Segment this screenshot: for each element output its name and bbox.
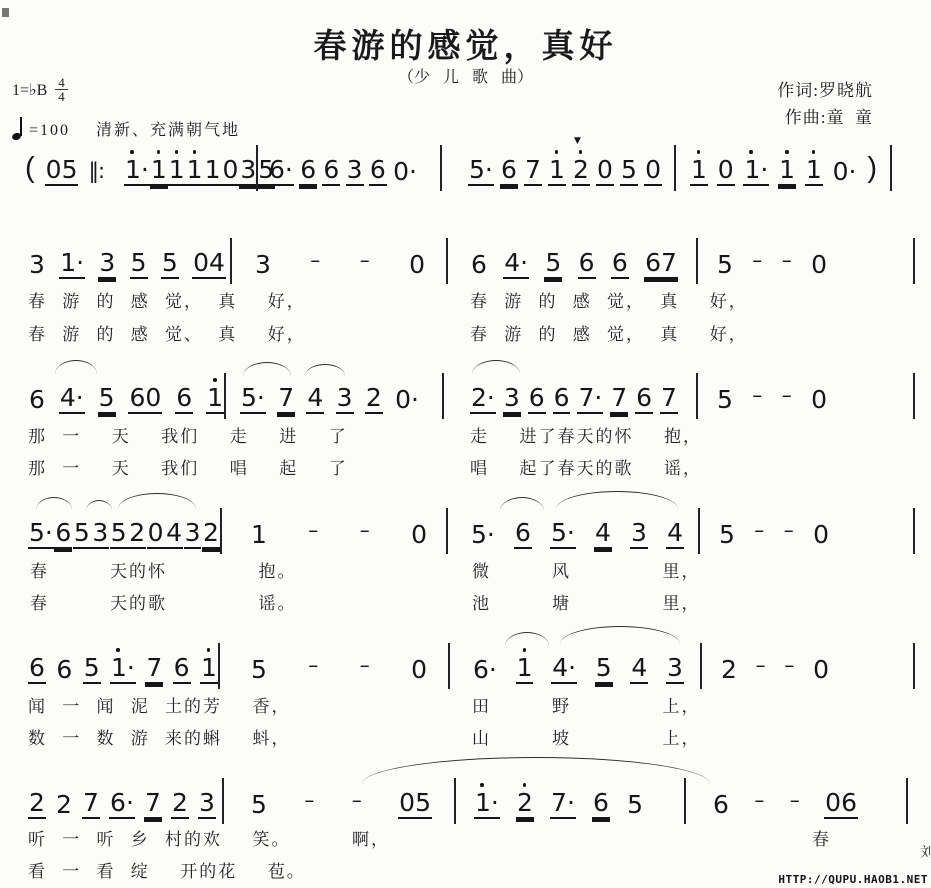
note-token: 5 [110, 519, 128, 549]
note-token: 1 [200, 654, 218, 684]
note-token: 5 [73, 519, 91, 549]
key-signature: 1=♭B 4 4 [12, 76, 68, 103]
note-token: 2 [28, 789, 46, 819]
slur [36, 497, 72, 510]
note-token: 0 [221, 156, 239, 186]
measure: 5––0 [250, 648, 428, 684]
lyric-line: 闻 一 闻 泥 土的芳 香， [28, 692, 291, 717]
slur [505, 632, 549, 646]
lyric-line: 池 塘 里， [472, 589, 701, 614]
note-token: 6 [712, 791, 730, 819]
note-token: 3 [630, 519, 648, 549]
note-token: 3 [184, 519, 202, 549]
note-token: 3 [98, 249, 116, 279]
note-token: 7· [577, 384, 603, 414]
note-token: 6· [472, 656, 498, 684]
scan-artifact [2, 8, 9, 17]
note-token: 1 [204, 156, 222, 186]
note-token: 0 [810, 251, 828, 279]
duration-dash: – [751, 249, 763, 279]
lyric-line: 微 风 里， [472, 557, 701, 582]
duration-dash: – [359, 519, 371, 549]
note-token: 6 [28, 386, 46, 414]
barline [224, 373, 226, 419]
note-token: 4 [630, 654, 648, 684]
note-token: 5· [468, 156, 494, 186]
note-token: 0 [596, 156, 614, 186]
lyric-line: 春 游 的 感 觉， 真 好， [28, 287, 306, 312]
note-token: 1 [805, 156, 823, 186]
note-token: 0 [717, 156, 735, 186]
note-token: 5 [130, 249, 148, 279]
expression-text: 清新、充满朝气地 [96, 117, 240, 140]
measure: 5––0 [716, 378, 828, 414]
barline [446, 238, 448, 284]
octave-dot [130, 150, 134, 154]
tempo-marking: =100 清新、充满朝气地 [12, 116, 240, 140]
note-token: 6 [173, 654, 191, 684]
note-token: 1 [168, 156, 186, 186]
note-token: 2▼ [572, 156, 590, 186]
slur [472, 360, 520, 374]
note-token: 0 [410, 521, 428, 549]
duration-dash: – [751, 384, 763, 414]
note-token: 67 [644, 249, 678, 279]
duration-dash: – [359, 249, 371, 279]
slur [55, 360, 97, 374]
note-token: 04 [192, 249, 226, 279]
note-token: 6 [578, 249, 596, 279]
note-token: 2· [470, 384, 496, 414]
tempo-value: =100 [29, 122, 70, 140]
lyric-line: 听 一 听 乡 村的欢 笑。 [28, 825, 291, 850]
note-token: 3 [254, 251, 272, 279]
lyricist-credit: 作词:罗晓航 [777, 76, 873, 101]
note-token: 3 [28, 251, 46, 279]
note-token: 1· [124, 156, 150, 186]
note-token: 4· [503, 249, 529, 279]
note-token: 1 [690, 156, 708, 186]
barline [442, 373, 444, 419]
note-token: 6 [514, 519, 532, 549]
barline [446, 508, 448, 554]
note-token: 5 [544, 249, 562, 279]
lyric-line: 看 一 看 绽 开的花 苞。 [28, 857, 306, 882]
key-text: 1=♭B [12, 80, 47, 100]
note-token: 0 [812, 656, 830, 684]
measure: 1·27·65 [474, 783, 644, 819]
note-token: 3 [666, 654, 684, 684]
barline [218, 643, 220, 689]
note-token: 4 [306, 384, 324, 414]
note-token: 2 [720, 656, 738, 684]
barline [696, 373, 698, 419]
note-token: 4· [551, 654, 577, 684]
note-token: 2 [365, 384, 383, 414]
note-token: 5 [250, 656, 268, 684]
measure: 64·56061 [28, 378, 224, 414]
slur [500, 497, 544, 511]
clipped-edge-character: 刘 [920, 842, 931, 862]
duration-dash: – [753, 519, 765, 549]
note-token: 6 [528, 384, 546, 414]
lyric-line: 田 野 上， [472, 692, 701, 717]
note-token: 60 [128, 384, 162, 414]
note-token: 1 [778, 156, 796, 186]
note-token: 1· [743, 156, 769, 186]
note-token: 1 [548, 156, 566, 186]
note-token: 6 [28, 654, 46, 684]
measure: 101·110·) [690, 150, 878, 186]
barline [440, 145, 442, 191]
note-token: 1 [150, 156, 168, 186]
note-token: 5· [28, 519, 54, 549]
barline [906, 778, 908, 824]
meter-numerator: 4 [55, 76, 68, 90]
measure: 5·6712▼050 [468, 150, 662, 186]
octave-dot [555, 150, 559, 154]
octave-dot [812, 150, 816, 154]
measure: 1·1111035 [124, 150, 252, 186]
measure: 5·653520432 [28, 513, 220, 549]
note-token: 0 [408, 251, 426, 279]
slur [560, 626, 680, 644]
octave-dot [116, 648, 120, 652]
lyric-line: 山 坡 上， [472, 724, 701, 749]
slur [362, 757, 710, 784]
note-token: 6· [268, 156, 294, 186]
note-token: 2 [516, 789, 534, 819]
measure: 31·35504 [28, 243, 226, 279]
octave-dot [157, 150, 161, 154]
parenthesis: ) [866, 153, 878, 186]
slur [243, 362, 291, 376]
repeat-sign: ‖: [87, 160, 105, 186]
accent-mark: ▼ [574, 137, 581, 146]
note-token: 3 [346, 156, 364, 186]
note-token: 6· [109, 789, 135, 819]
meter-denominator: 4 [55, 90, 68, 103]
slur [556, 491, 678, 509]
note-token: 5 [595, 654, 613, 684]
lyric-line: 那 一 天 我们 唱 起 了 [28, 454, 348, 479]
measure: 5·65·434 [470, 513, 684, 549]
song-title: 春游的感觉，真好 [0, 20, 931, 67]
note-token: 2 [202, 519, 220, 549]
note-token: 05 [45, 156, 79, 186]
measure: 2·3667·767 [470, 378, 678, 414]
note-token: 5 [716, 251, 734, 279]
note-token: 0· [394, 386, 420, 414]
note-token: 4 [165, 519, 183, 549]
note-token: 1· [110, 654, 136, 684]
octave-dot [785, 150, 789, 154]
note-token: 0 [812, 521, 830, 549]
measure: 6·14·543 [472, 648, 684, 684]
barline [230, 238, 232, 284]
lyric-line: 啊， [352, 825, 390, 850]
note-token: 1 [186, 156, 204, 186]
octave-dot [193, 150, 197, 154]
lyric-line: 春 游 的 感 觉， 真 好， [470, 287, 748, 312]
barline [913, 643, 915, 689]
octave-dot [523, 648, 527, 652]
barline [890, 145, 892, 191]
note-token: 4 [666, 519, 684, 549]
note-token: 1· [59, 249, 85, 279]
note-token: 7 [277, 384, 295, 414]
lyric-line: 春 天的歌 谣。 [30, 589, 297, 614]
duration-dash: – [307, 654, 319, 684]
note-token: 3 [503, 384, 521, 414]
barline [700, 643, 702, 689]
measure: 2276·723 [28, 783, 216, 819]
measure: 5––0 [716, 243, 828, 279]
note-token: 0· [392, 158, 418, 186]
note-token: 6 [470, 251, 488, 279]
duration-dash: – [755, 654, 767, 684]
note-token: 6 [592, 789, 610, 819]
note-token: 2 [55, 791, 73, 819]
barline [674, 145, 676, 191]
slur [86, 500, 112, 511]
note-token: 4 [594, 519, 612, 549]
note-token: 2 [128, 519, 146, 549]
note-token: 4· [59, 384, 85, 414]
note-token: 6 [299, 156, 317, 186]
barline [913, 238, 915, 284]
source-url: HTTP://QUPU.HAOB1.NET [778, 873, 928, 886]
parenthesis: ( [24, 153, 36, 186]
lyric-line: 唱 起了春天的歌 谣， [470, 454, 702, 479]
measure: (05‖: [24, 150, 120, 186]
quarter-note-icon [12, 116, 25, 140]
note-token: 6 [369, 156, 387, 186]
note-token: 05 [398, 789, 432, 819]
lyric-line: 走 进了春天的怀 抱， [470, 422, 702, 447]
octave-dot [749, 150, 753, 154]
note-token: 0 [644, 156, 662, 186]
note-token: 5 [161, 249, 179, 279]
lyric-line: 春 [812, 825, 831, 850]
barline [448, 643, 450, 689]
measure: 3––0 [254, 243, 426, 279]
lyric-line: 春 游 的 感 觉、 真 好， [28, 320, 306, 345]
note-token: 6 [54, 519, 72, 549]
time-signature: 4 4 [55, 76, 68, 103]
note-token: 6 [322, 156, 340, 186]
note-token: 5· [550, 519, 576, 549]
measure: 6·66360· [268, 150, 418, 186]
note-token: 7 [610, 384, 628, 414]
note-token: 0 [410, 656, 428, 684]
duration-dash: – [783, 519, 795, 549]
note-token: 7 [145, 654, 163, 684]
note-token: 7 [144, 789, 162, 819]
note-token: 1 [250, 521, 268, 549]
barline [222, 778, 224, 824]
barline [684, 778, 686, 824]
note-token: 7 [524, 156, 542, 186]
measure: 6––06 [712, 783, 858, 819]
note-token: 5· [470, 521, 496, 549]
duration-dash: – [781, 384, 793, 414]
note-token: 0 [810, 386, 828, 414]
barline [454, 778, 456, 824]
measure: 6651·761 [28, 648, 218, 684]
note-token: 06 [824, 789, 858, 819]
lyric-line: 春 游 的 感 觉， 真 好， [470, 320, 748, 345]
note-token: 5 [716, 386, 734, 414]
octave-dot [207, 648, 211, 652]
composer-credit: 作曲:童 童 [785, 103, 873, 128]
note-token: 6 [635, 384, 653, 414]
note-token: 1 [206, 384, 224, 414]
barline [256, 145, 258, 191]
octave-dot [175, 150, 179, 154]
note-token: 5· [240, 384, 266, 414]
barline [696, 238, 698, 284]
note-token: 5 [626, 791, 644, 819]
note-token: 6 [611, 249, 629, 279]
lyric-line: 春 天的怀 抱。 [30, 557, 297, 582]
note-token: 7 [660, 384, 678, 414]
octave-dot [579, 150, 583, 154]
slur [118, 493, 196, 509]
duration-dash: – [351, 789, 363, 819]
measure: 5––05 [250, 783, 432, 819]
note-token: 5 [98, 384, 116, 414]
note-token: 0· [832, 158, 858, 186]
duration-dash: – [789, 789, 801, 819]
duration-dash: – [753, 789, 765, 819]
note-token: 6 [553, 384, 571, 414]
note-token: 6 [500, 156, 518, 186]
note-token: 2 [171, 789, 189, 819]
note-token: 5 [250, 791, 268, 819]
measure: 1––0 [250, 513, 428, 549]
note-token: 0 [147, 519, 165, 549]
slur [305, 364, 345, 376]
octave-dot [697, 150, 701, 154]
duration-dash: – [359, 654, 371, 684]
duration-dash: – [309, 249, 321, 279]
note-token: 1· [474, 789, 500, 819]
lyric-line: 数 一 数 游 来的蝌 蚪， [28, 724, 291, 749]
barline [698, 508, 700, 554]
note-token: 6 [175, 384, 193, 414]
sheet-music-page: 春游的感觉，真好 （少 儿 歌 曲） 作词:罗晓航 作曲:童 童 1=♭B 4 … [0, 0, 931, 888]
note-token: 5 [718, 521, 736, 549]
measure: 2––0 [720, 648, 830, 684]
note-token: 6 [55, 656, 73, 684]
measure: 64·56667 [470, 243, 678, 279]
lyric-line: 那 一 天 我们 走 进 了 [28, 422, 348, 447]
measure: 5·74320· [240, 378, 420, 414]
note-token: 7 [82, 789, 100, 819]
octave-dot [213, 378, 217, 382]
note-token: 3 [336, 384, 354, 414]
duration-dash: – [303, 789, 315, 819]
duration-dash: – [307, 519, 319, 549]
note-token: 5 [83, 654, 101, 684]
duration-dash: – [783, 654, 795, 684]
barline [913, 508, 915, 554]
note-token: 1 [516, 654, 534, 684]
duration-dash: – [781, 249, 793, 279]
note-token: 7· [550, 789, 576, 819]
barline [220, 508, 222, 554]
barline [913, 373, 915, 419]
note-token: 3 [91, 519, 109, 549]
measure: 5––0 [718, 513, 830, 549]
note-token: 3 [198, 789, 216, 819]
note-token: 5 [620, 156, 638, 186]
note-token: 3 [239, 156, 257, 186]
